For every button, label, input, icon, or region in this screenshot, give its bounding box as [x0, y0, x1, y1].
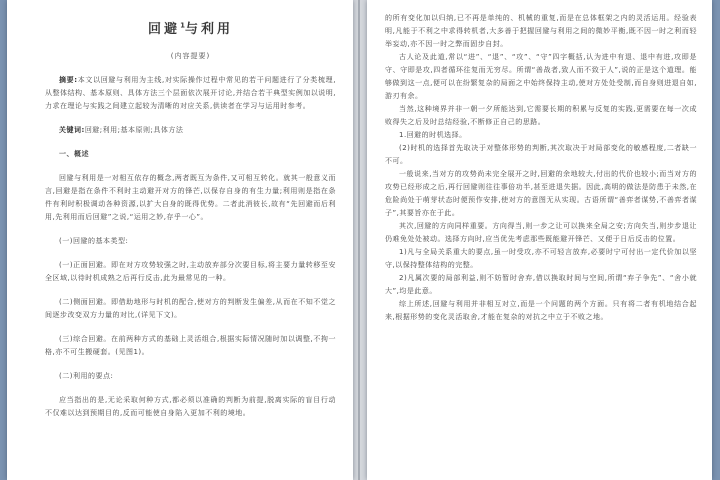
document-title: 回避1与利用 — [45, 18, 336, 37]
paragraph: 的所有变化加以归纳,已不再是单纯的、机械的重复,而是在总体框架之内的灵活运用。经… — [385, 12, 697, 51]
page-1-content: 回避1与利用 (内容提要) 摘要:本文以回避与利用为主线,对实际操作过程中常见的… — [7, 0, 353, 420]
paragraph: 当然,这种境界并非一朝一夕所能达到,它需要长期的积累与反复的实践,更需要在每一次… — [385, 103, 697, 129]
paragraph: (一)回避的基本类型: — [45, 235, 336, 248]
document-subtitle: (内容提要) — [45, 51, 336, 61]
page-2-body: 的所有变化加以归纳,已不再是单纯的、机械的重复,而是在总体框架之内的灵活运用。经… — [385, 12, 697, 324]
paragraph: 应当指出的是,无论采取何种方式,都必须以准确的判断为前提,脱离实际的盲目行动不仅… — [45, 394, 336, 420]
paragraph: 一般说来,当对方的攻势尚未完全展开之时,回避的余地较大,付出的代价也较小;而当对… — [385, 168, 697, 220]
paragraph: (二)侧面回避。即借助地形与时机的配合,使对方的判断发生偏差,从而在不知不觉之间… — [45, 296, 336, 322]
paragraph: 综上所述,回避与利用并非相互对立,而是一个问题的两个方面。只有将二者有机地结合起… — [385, 298, 697, 324]
paragraph: (二)利用的要点: — [45, 370, 336, 383]
paragraph: 摘要:本文以回避与利用为主线,对实际操作过程中常见的若干问题进行了分类梳理,从整… — [45, 74, 336, 113]
paragraph: 一、概述 — [45, 148, 336, 161]
page-gap-divider — [353, 0, 367, 480]
page-1-body: 摘要:本文以回避与利用为主线,对实际操作过程中常见的若干问题进行了分类梳理,从整… — [45, 74, 336, 420]
paragraph: (三)综合回避。在前两种方式的基础上灵活组合,根据实际情况随时加以调整,不拘一格… — [45, 333, 336, 359]
paragraph: 回避与利用是一对相互依存的概念,两者既互为条件,又可相互转化。就其一般意义而言,… — [45, 172, 336, 224]
paragraph: 1)凡与全局关系重大的要点,虽一时受攻,亦不可轻言放弃,必要时宁可付出一定代价加… — [385, 246, 697, 272]
document-viewer: 回避1与利用 (内容提要) 摘要:本文以回避与利用为主线,对实际操作过程中常见的… — [0, 0, 720, 480]
paragraph: (2)时机的选择首先取决于对整体形势的判断,其次取决于对局部变化的敏感程度,二者… — [385, 142, 697, 168]
paragraph: 古人论及此道,常以“进”、“退”、“攻”、“守”四字概括,认为进中有退、退中有进… — [385, 51, 697, 103]
paragraph: 2)凡属次要的局部利益,则不妨暂时舍弃,借以换取时间与空间,所谓“弃子争先”、“… — [385, 272, 697, 298]
paragraph: (一)正面回避。即在对方攻势较强之时,主动放弃部分次要目标,将主要力量转移至安全… — [45, 259, 336, 285]
paragraph: 其次,回避的方向同样重要。方向得当,则一步之让可以换来全局之安;方向失当,则步步… — [385, 220, 697, 246]
paragraph: 1.回避的时机选择。 — [385, 129, 697, 142]
paragraph: 关键词:回避;利用;基本原则;具体方法 — [45, 124, 336, 137]
document-page-2: 的所有变化加以归纳,已不再是单纯的、机械的重复,而是在总体框架之内的灵活运用。经… — [367, 0, 712, 480]
page-2-content: 的所有变化加以归纳,已不再是单纯的、机械的重复,而是在总体框架之内的灵活运用。经… — [367, 0, 712, 324]
document-page-1: 回避1与利用 (内容提要) 摘要:本文以回避与利用为主线,对实际操作过程中常见的… — [7, 0, 353, 480]
